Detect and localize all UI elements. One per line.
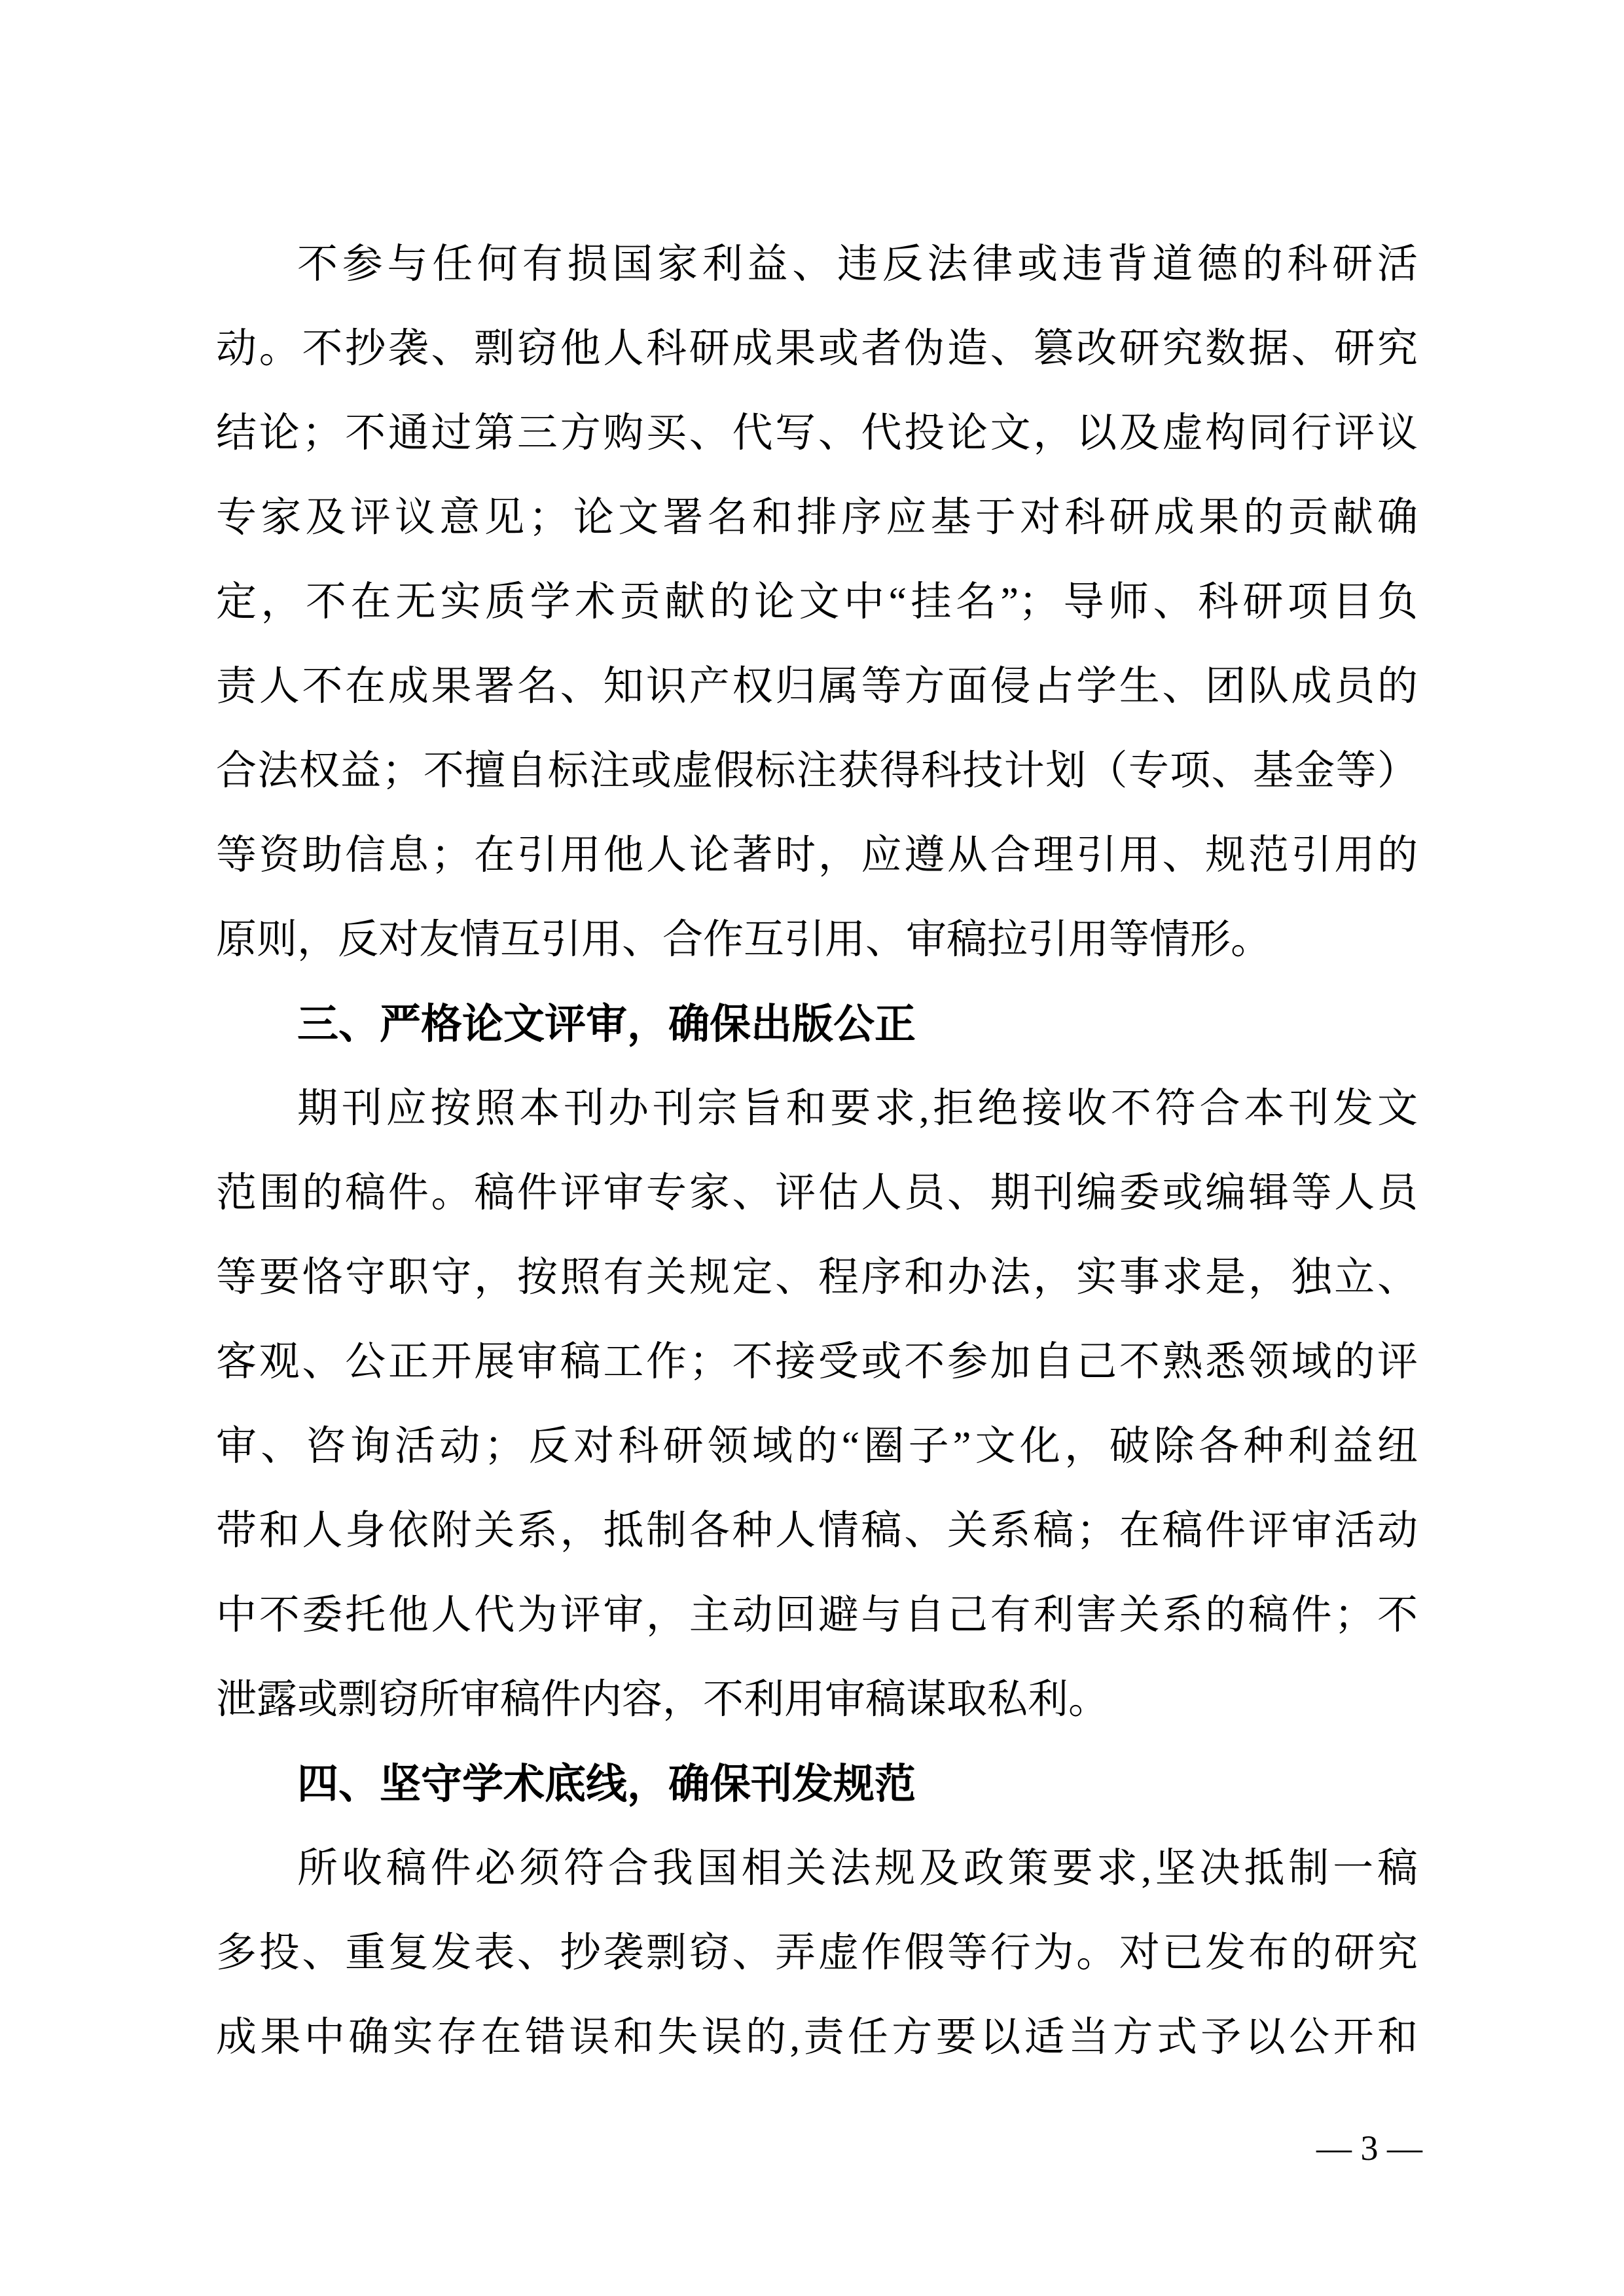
text-line: 客观、公正开展审稿工作；不接受或不参加自己不熟悉领域的评 xyxy=(216,1320,1418,1405)
text-line: 责人不在成果署名、知识产权归属等方面侵占学生、团队成员的 xyxy=(216,645,1418,729)
paragraph-2: 期刊应按照本刊办刊宗旨和要求,拒绝接收不符合本刊发文 范围的稿件。稿件评审专家、… xyxy=(216,1067,1418,1742)
text-line: 等资助信息；在引用他人论著时，应遵从合理引用、规范引用的 xyxy=(216,814,1418,898)
text-line: 专家及评议意见；论文署名和排序应基于对科研成果的贡献确 xyxy=(216,476,1418,560)
text-line: 原则，反对友情互引用、合作互引用、审稿拉引用等情形。 xyxy=(216,898,1418,982)
text-line: 泄露或剽窃所审稿件内容，不利用审稿谋取私利。 xyxy=(216,1658,1418,1742)
text-line: 等要恪守职守，按照有关规定、程序和办法，实事求是，独立、 xyxy=(216,1236,1418,1320)
section-heading-4: 四、坚守学术底线，确保刊发规范 xyxy=(216,1742,1418,1827)
paragraph-1: 不参与任何有损国家利益、违反法律或违背道德的科研活 动。不抄袭、剽窃他人科研成果… xyxy=(216,223,1418,982)
paragraph-3: 所收稿件必须符合我国相关法规及政策要求,坚决抵制一稿 多投、重复发表、抄袭剽窃、… xyxy=(216,1827,1418,2080)
text-line: 结论；不通过第三方购买、代写、代投论文，以及虚构同行评议 xyxy=(216,391,1418,476)
text-line: 带和人身依附关系，抵制各种人情稿、关系稿；在稿件评审活动 xyxy=(216,1489,1418,1573)
text-line: 多投、重复发表、抄袭剽窃、弄虚作假等行为。对已发布的研究 xyxy=(216,1911,1418,1996)
text-line: 动。不抄袭、剽窃他人科研成果或者伪造、篡改研究数据、研究 xyxy=(216,307,1418,391)
text-line: 成果中确实存在错误和失误的,责任方要以适当方式予以公开和 xyxy=(216,1996,1418,2080)
text-line: 不参与任何有损国家利益、违反法律或违背道德的科研活 xyxy=(216,223,1418,307)
section-heading-3: 三、严格论文评审，确保出版公正 xyxy=(216,982,1418,1067)
text-line: 范围的稿件。稿件评审专家、评估人员、期刊编委或编辑等人员 xyxy=(216,1151,1418,1236)
document-page: 不参与任何有损国家利益、违反法律或违背道德的科研活 动。不抄袭、剽窃他人科研成果… xyxy=(0,0,1624,2296)
page-number: — 3 — xyxy=(1316,2128,1422,2168)
text-line: 所收稿件必须符合我国相关法规及政策要求,坚决抵制一稿 xyxy=(216,1827,1418,1911)
text-line: 合法权益；不擅自标注或虚假标注获得科技计划（专项、基金等） xyxy=(216,729,1418,814)
text-line: 中不委托他人代为评审，主动回避与自己有利害关系的稿件；不 xyxy=(216,1573,1418,1658)
text-line: 期刊应按照本刊办刊宗旨和要求,拒绝接收不符合本刊发文 xyxy=(216,1067,1418,1151)
text-line: 定，不在无实质学术贡献的论文中“挂名”；导师、科研项目负 xyxy=(216,560,1418,645)
text-line: 审、咨询活动；反对科研领域的“圈子”文化，破除各种利益纽 xyxy=(216,1405,1418,1489)
document-body: 不参与任何有损国家利益、违反法律或违背道德的科研活 动。不抄袭、剽窃他人科研成果… xyxy=(216,223,1418,2080)
